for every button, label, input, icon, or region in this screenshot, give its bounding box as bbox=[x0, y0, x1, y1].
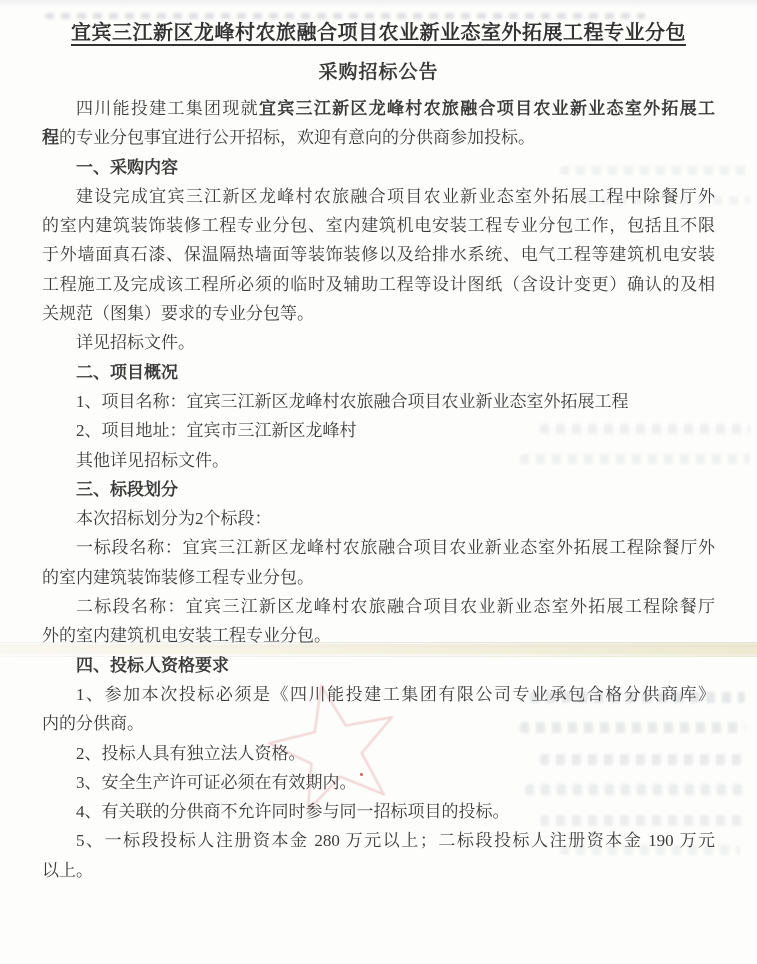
scanned-document-page: 宜宾三江新区龙峰村农旅融合项目农业新业态室外拓展工程专业分包 采购招标公告 四川… bbox=[0, 0, 757, 964]
body-text: 其他详见招标文件。 bbox=[76, 451, 229, 470]
scan-top-edge-artifact bbox=[0, 0, 757, 8]
body-line: 1、项目名称：宜宾三江新区龙峰村农旅融合项目农业新业态室外拓展工程 bbox=[42, 387, 715, 416]
body-line: 的室内建筑装饰装修工程专业分包、室内建筑机电安装工程专业分包工作，包括且不限 bbox=[42, 211, 715, 240]
body-text: 5、一标段投标人注册资本金 280 万元以上；二标段投标人注册资本金 190 万… bbox=[76, 831, 715, 850]
body-text-bold: 程 bbox=[42, 128, 59, 147]
body-text: 以上。 bbox=[42, 861, 93, 880]
body-text: 建设完成宜宾三江新区龙峰村农旅融合项目农业新业态室外拓展工程中除餐厅外 bbox=[76, 187, 715, 206]
body-text: 3、安全生产许可证必须在有效期内。 bbox=[76, 773, 357, 792]
body-line: 建设完成宜宾三江新区龙峰村农旅融合项目农业新业态室外拓展工程中除餐厅外 bbox=[42, 182, 715, 211]
body-line: 于外墙面真石漆、保温隔热墙面等装饰装修以及给排水系统、电气工程等建筑机电安装 bbox=[42, 240, 715, 269]
body-line: 其他详见招标文件。 bbox=[42, 446, 715, 475]
body-text: 的专业分包事宜进行公开招标，欢迎有意向的分供商参加投标。 bbox=[59, 128, 535, 147]
body-line: 2、项目地址：宜宾市三江新区龙峰村 bbox=[42, 416, 715, 445]
body-text: 4、有关联的分供商不允许同时参与同一招标项目的投标。 bbox=[76, 802, 510, 821]
body-line: 一标段名称：宜宾三江新区龙峰村农旅融合项目农业新业态室外拓展工程除餐厅外 bbox=[42, 533, 715, 562]
body-line: 1、参加本次投标必须是《四川能投建工集团有限公司专业承包合格分供商库》 bbox=[42, 680, 715, 709]
body-text-bold: 三、标段划分 bbox=[76, 480, 178, 499]
body-line: 四、投标人资格要求 bbox=[42, 651, 715, 680]
body-line: 4、有关联的分供商不允许同时参与同一招标项目的投标。 bbox=[42, 797, 715, 826]
body-text: 的室内建筑装饰装修工程专业分包。 bbox=[42, 568, 314, 587]
body-text: 二标段名称：宜宾三江新区龙峰村农旅融合项目农业新业态室外拓展工程除餐厅 bbox=[76, 597, 715, 616]
body-line: 的室内建筑装饰装修工程专业分包。 bbox=[42, 563, 715, 592]
body-line: 详见招标文件。 bbox=[42, 328, 715, 357]
body-text: 内的分供商。 bbox=[42, 714, 144, 733]
body-text: 详见招标文件。 bbox=[76, 333, 195, 352]
body-text: 外的室内建筑机电安装工程专业分包。 bbox=[42, 626, 331, 645]
body-text: 1、参加本次投标必须是《四川能投建工集团有限公司专业承包合格分供商库》 bbox=[76, 685, 715, 704]
body-line: 关规范（图集）要求的专业分包等。 bbox=[42, 299, 715, 328]
body-line: 外的室内建筑机电安装工程专业分包。 bbox=[42, 621, 715, 650]
body-line: 3、安全生产许可证必须在有效期内。 bbox=[42, 768, 715, 797]
body-line: 三、标段划分 bbox=[42, 475, 715, 504]
body-line: 5、一标段投标人注册资本金 280 万元以上；二标段投标人注册资本金 190 万… bbox=[42, 826, 715, 855]
body-text: 关规范（图集）要求的专业分包等。 bbox=[42, 304, 314, 323]
body-text: 本次招标划分为2个标段： bbox=[76, 509, 272, 528]
body-text: 2、项目地址：宜宾市三江新区龙峰村 bbox=[76, 421, 357, 440]
body-text: 于外墙面真石漆、保温隔热墙面等装饰装修以及给排水系统、电气工程等建筑机电安装 bbox=[42, 245, 715, 264]
body-line: 工程施工及完成该工程所必须的临时及辅助工程等设计图纸（含设计变更）确认的及相 bbox=[42, 270, 715, 299]
body-line: 二、项目概况 bbox=[42, 358, 715, 387]
document-subtitle: 采购招标公告 bbox=[0, 57, 757, 84]
body-text: 四川能投建工集团现就 bbox=[76, 99, 259, 118]
document-title-text: 宜宾三江新区龙峰村农旅融合项目农业新业态室外拓展工程专业分包 bbox=[71, 22, 686, 44]
body-line: 四川能投建工集团现就宜宾三江新区龙峰村农旅融合项目农业新业态室外拓展工 bbox=[42, 94, 715, 123]
body-line: 程的专业分包事宜进行公开招标，欢迎有意向的分供商参加投标。 bbox=[42, 123, 715, 152]
body-text: 2、投标人具有独立法人资格。 bbox=[76, 744, 306, 763]
body-text: 的室内建筑装饰装修工程专业分包、室内建筑机电安装工程专业分包工作，包括且不限 bbox=[42, 216, 715, 235]
body-text-bold: 二、项目概况 bbox=[76, 363, 178, 382]
body-line: 本次招标划分为2个标段： bbox=[42, 504, 715, 533]
body-line: 一、采购内容 bbox=[42, 153, 715, 182]
body-text-bold: 四、投标人资格要求 bbox=[76, 656, 229, 675]
body-line: 二标段名称：宜宾三江新区龙峰村农旅融合项目农业新业态室外拓展工程除餐厅 bbox=[42, 592, 715, 621]
document-title: 宜宾三江新区龙峰村农旅融合项目农业新业态室外拓展工程专业分包 bbox=[0, 16, 757, 45]
body-line: 以上。 bbox=[42, 856, 715, 885]
body-line: 内的分供商。 bbox=[42, 709, 715, 738]
body-text: 1、项目名称：宜宾三江新区龙峰村农旅融合项目农业新业态室外拓展工程 bbox=[76, 392, 629, 411]
body-text-bold: 一、采购内容 bbox=[76, 158, 178, 177]
body-text: 一标段名称：宜宾三江新区龙峰村农旅融合项目农业新业态室外拓展工程除餐厅外 bbox=[76, 538, 715, 557]
body-line: 2、投标人具有独立法人资格。 bbox=[42, 739, 715, 768]
body-text-bold: 宜宾三江新区龙峰村农旅融合项目农业新业态室外拓展工 bbox=[259, 99, 715, 118]
body-text: 工程施工及完成该工程所必须的临时及辅助工程等设计图纸（含设计变更）确认的及相 bbox=[42, 275, 715, 294]
document-body: 四川能投建工集团现就宜宾三江新区龙峰村农旅融合项目农业新业态室外拓展工程的专业分… bbox=[42, 94, 715, 885]
